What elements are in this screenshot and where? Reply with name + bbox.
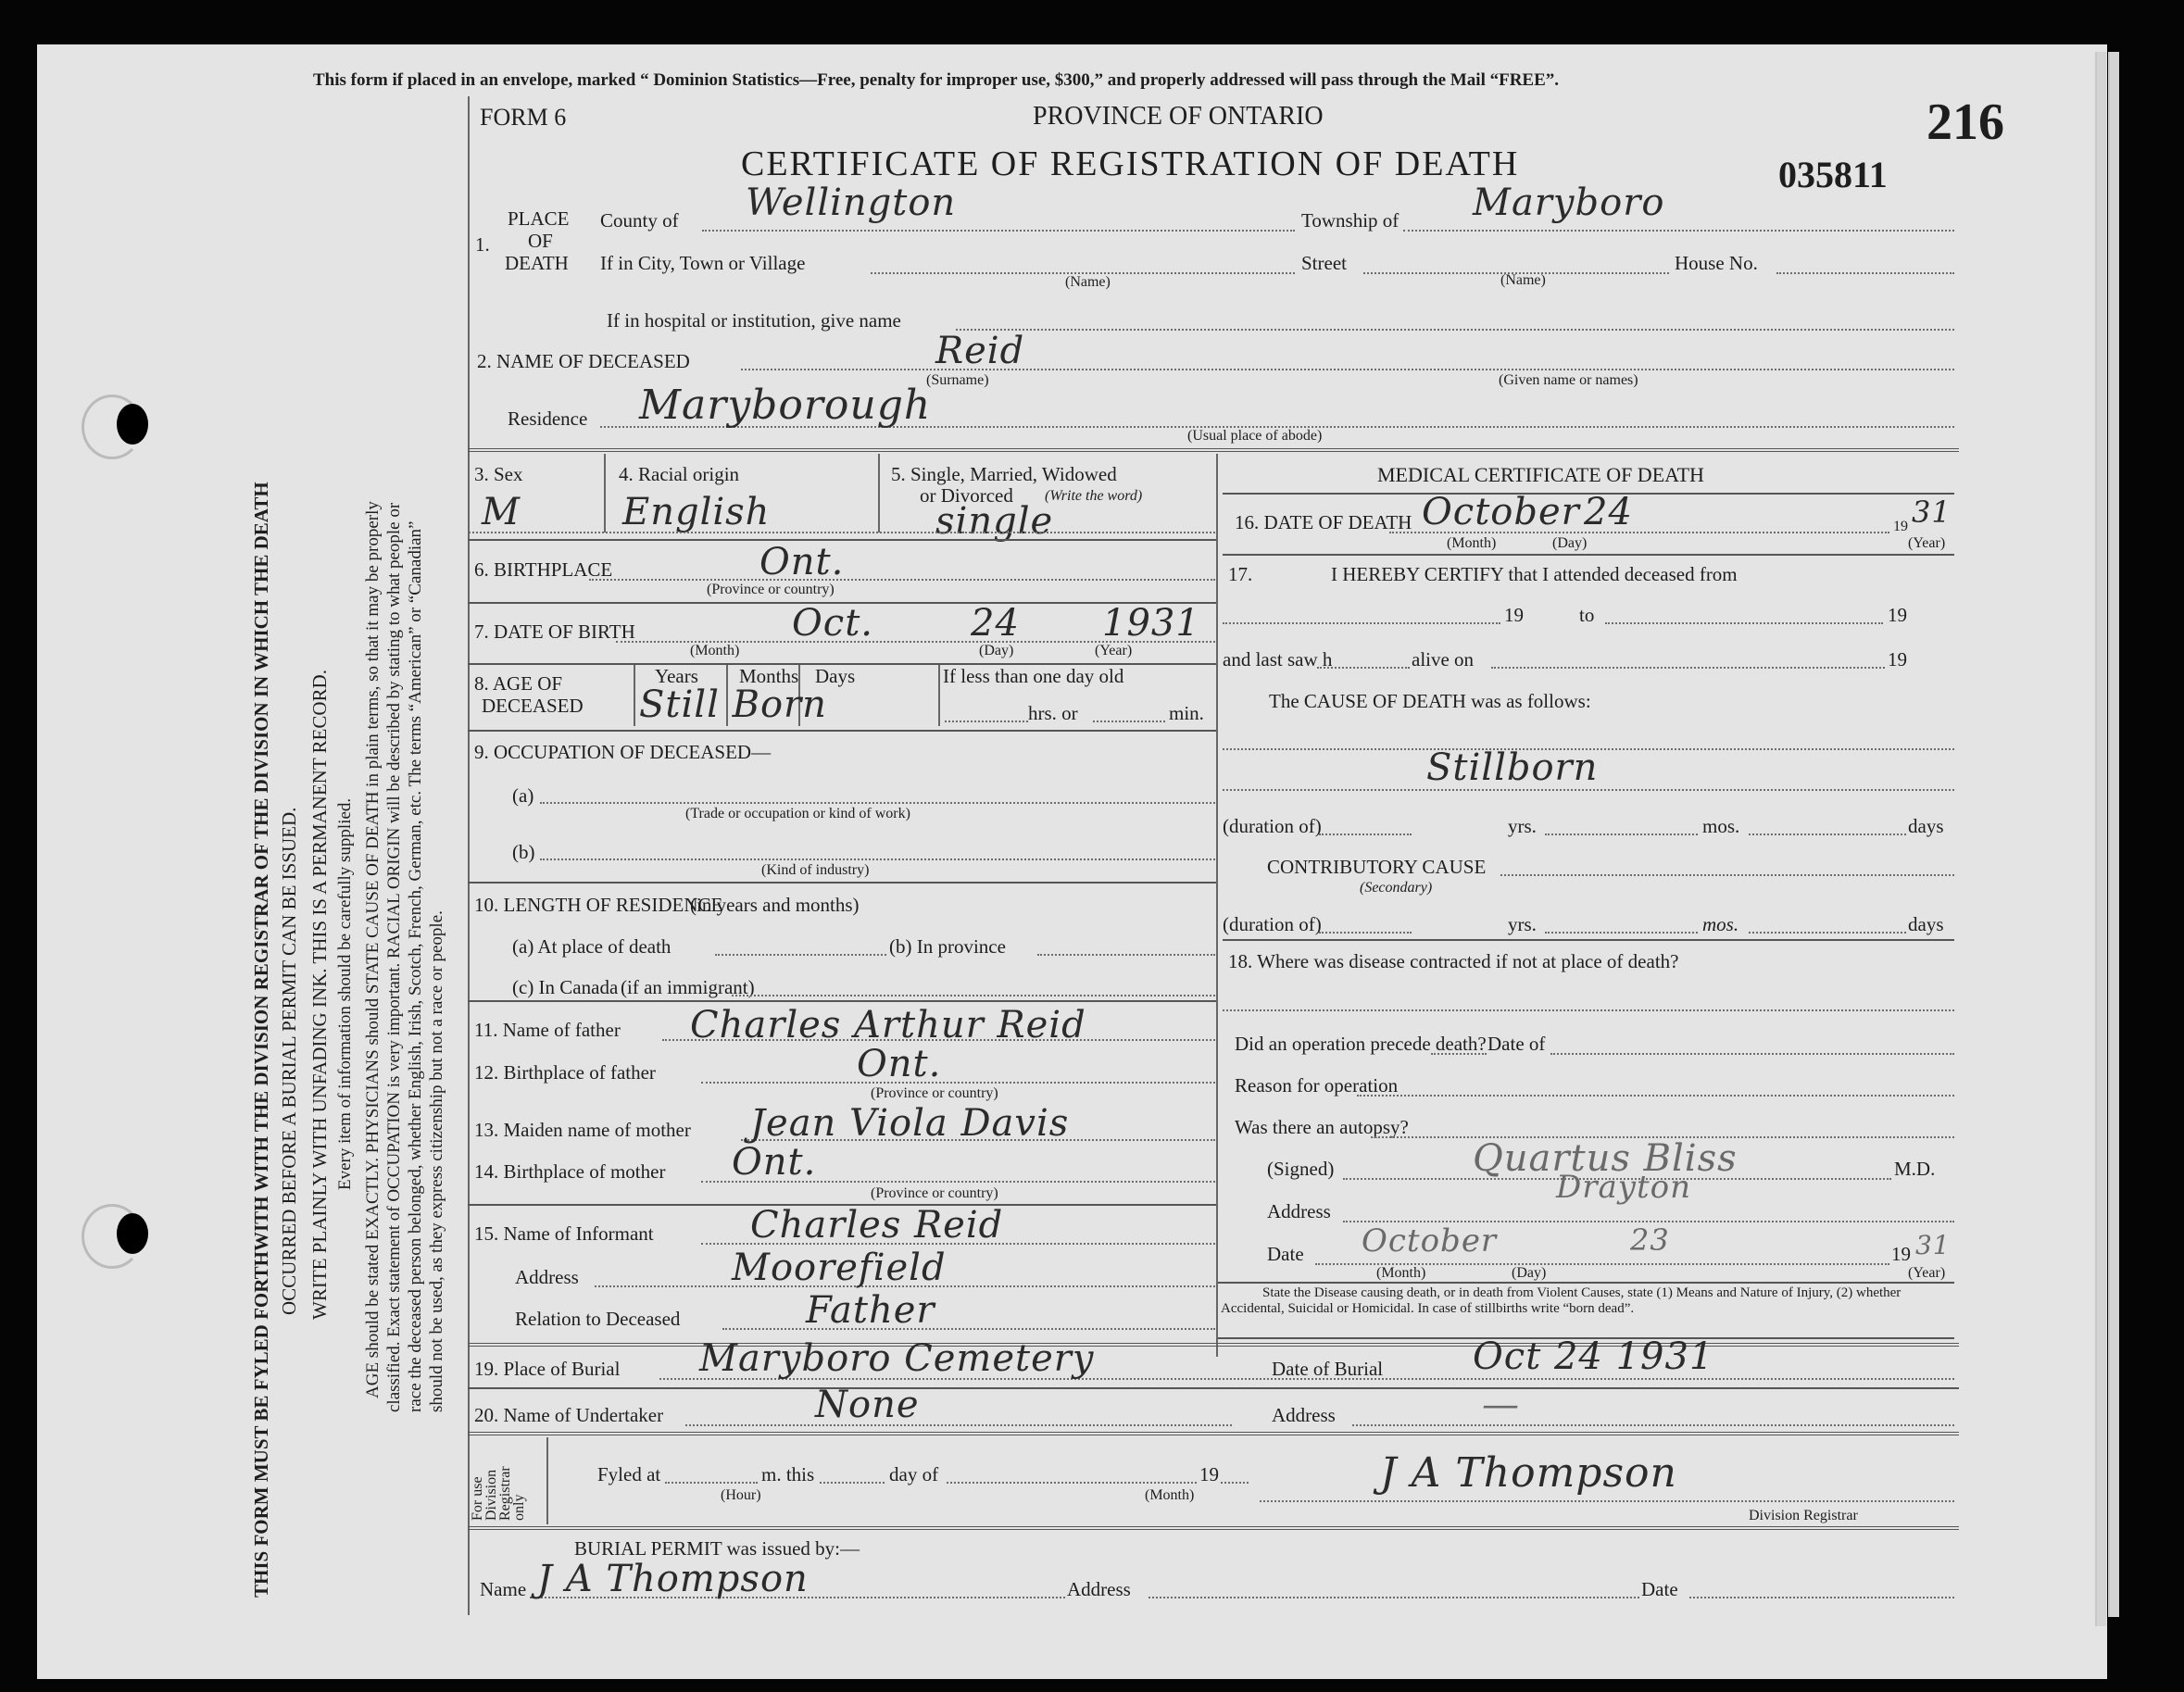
- day-hint: (Day): [979, 643, 1013, 659]
- division-registrar-label: Division Registrar: [1749, 1508, 1858, 1524]
- relation-label: Relation to Deceased: [515, 1308, 680, 1331]
- year-prefix: 19: [1891, 1243, 1911, 1266]
- min-label: min.: [1169, 702, 1204, 725]
- mos-label: mos.: [1702, 815, 1739, 838]
- month-hint: (Month): [1376, 1265, 1425, 1282]
- father-name-label: 11. Name of father: [474, 1019, 621, 1042]
- residence-value[interactable]: Maryborough: [639, 382, 931, 429]
- month-hint: (Month): [1447, 535, 1496, 552]
- md-label: M.D.: [1894, 1158, 1935, 1181]
- informant-address-label: Address: [515, 1266, 579, 1289]
- undertaker-value[interactable]: None: [815, 1384, 920, 1426]
- permit-date-label: Date: [1641, 1578, 1678, 1601]
- form-number: FORM 6: [480, 104, 566, 132]
- permit-issuer-name[interactable]: J A Thompson: [537, 1558, 809, 1600]
- province-hint: (Province or country): [871, 1185, 998, 1202]
- place-of-death-label: DEATH: [505, 252, 569, 275]
- year-prefix: 19: [1888, 648, 1907, 671]
- marital-status-hint: (Write the word): [1045, 488, 1142, 505]
- page-number: 216: [1927, 93, 2004, 152]
- dod-year-value[interactable]: 31: [1912, 495, 1952, 530]
- residence-in-province-label: (b) In province: [889, 935, 1006, 959]
- sex-value[interactable]: M: [482, 491, 521, 533]
- physician-date-month[interactable]: October: [1362, 1222, 1497, 1260]
- side-instruction-4: Every item of information should be care…: [335, 798, 356, 1190]
- place-of-death-label: OF: [528, 230, 553, 253]
- marital-status-value[interactable]: single: [935, 500, 1053, 543]
- relation-value[interactable]: Father: [806, 1289, 935, 1332]
- dod-month-value[interactable]: October: [1422, 491, 1580, 533]
- hint-name: (Name): [1500, 272, 1546, 289]
- house-no-label: House No.: [1675, 252, 1758, 275]
- year-prefix: 19: [1199, 1463, 1219, 1486]
- county-label: County of: [600, 209, 679, 232]
- yrs-label: yrs.: [1508, 815, 1537, 838]
- dod-day-value[interactable]: 24: [1584, 491, 1633, 533]
- stacked-page-edge: [2108, 52, 2119, 1617]
- province-heading: PROVINCE OF ONTARIO: [1033, 102, 1324, 132]
- township-value[interactable]: Maryboro: [1473, 182, 1664, 224]
- registrar-signature[interactable]: J A Thompson: [1380, 1449, 1677, 1497]
- name-of-deceased-label: 2. NAME OF DECEASED: [477, 350, 690, 373]
- surname-hint: (Surname): [926, 372, 989, 389]
- days-label: days: [1908, 913, 1944, 936]
- last-saw-label: and last saw h: [1223, 648, 1332, 671]
- contributory-cause-label: CONTRIBUTORY CAUSE: [1267, 856, 1486, 879]
- medical-certificate-heading: MEDICAL CERTIFICATE OF DEATH: [1377, 463, 1704, 487]
- contributory-cause-hint: (Secondary): [1360, 880, 1432, 896]
- mailing-notice: This form if placed in an envelope, mark…: [313, 70, 1559, 91]
- month-hint: (Month): [690, 643, 739, 659]
- side-instruction-1: THIS FORM MUST BE FYLED FORTHWITH WITH T…: [250, 482, 273, 1598]
- racial-origin-label: 4. Racial origin: [619, 463, 739, 486]
- racial-origin-value[interactable]: English: [622, 491, 770, 533]
- mother-birthplace-label: 14. Birthplace of mother: [474, 1160, 665, 1184]
- occupation-a-hint: (Trade or occupation or kind of work): [685, 806, 910, 822]
- month-hint: (Month): [1145, 1487, 1194, 1504]
- year-hint: (Year): [1095, 643, 1132, 659]
- disease-contracted-label: 18. Where was disease contracted if not …: [1228, 950, 1678, 973]
- informant-name-value[interactable]: Charles Reid: [750, 1204, 1003, 1247]
- hour-hint: (Hour): [721, 1487, 761, 1504]
- physician-date-year[interactable]: 31: [1915, 1230, 1951, 1260]
- punch-hole: [117, 1213, 148, 1254]
- place-of-death-label: PLACE: [508, 207, 570, 231]
- year-hint: (Year): [1908, 1265, 1945, 1282]
- date-of-birth-label: 7. DATE OF BIRTH: [474, 620, 635, 644]
- city-label: If in City, Town or Village: [600, 252, 805, 275]
- day-of-label: day of: [889, 1463, 938, 1486]
- informant-name-label: 15. Name of Informant: [474, 1222, 654, 1246]
- alive-on-label: alive on: [1412, 648, 1474, 671]
- age-value[interactable]: Still Born: [639, 683, 827, 726]
- permit-address-label: Address: [1067, 1578, 1131, 1601]
- undertaker-address-value[interactable]: —: [1482, 1384, 1520, 1426]
- physician-address-label: Address: [1267, 1200, 1331, 1223]
- dob-day-value[interactable]: 24: [971, 602, 1020, 645]
- certificate-title: CERTIFICATE OF REGISTRATION OF DEATH: [741, 144, 1519, 184]
- side-instruction-8: should not be used, as they express citi…: [427, 910, 447, 1412]
- side-instruction-2: OCCURRED BEFORE A BURIAL PERMIT CAN BE I…: [278, 808, 301, 1315]
- year-prefix: 19: [1893, 519, 1908, 535]
- occupation-a-label: (a): [512, 784, 533, 808]
- birthplace-value[interactable]: Ont.: [759, 541, 844, 583]
- side-instruction-6: classified. Exact statement of OCCUPATIO…: [384, 503, 405, 1412]
- stacked-page-edge: [2095, 52, 2106, 1626]
- mother-name-value[interactable]: Jean Viola Davis: [750, 1102, 1069, 1145]
- hrs-label: hrs. or: [1028, 702, 1078, 725]
- province-hint: (Province or country): [707, 582, 835, 598]
- physician-date-label: Date: [1267, 1243, 1304, 1266]
- sex-label: 3. Sex: [474, 463, 523, 486]
- year-prefix: 19: [1504, 604, 1524, 627]
- dob-month-value[interactable]: Oct.: [792, 602, 873, 645]
- registrar-side-label: For use Division Registrar only: [471, 1466, 526, 1521]
- age-label: 8. AGE OF: [474, 672, 562, 696]
- marital-status-label: 5. Single, Married, Widowed: [891, 463, 1117, 486]
- length-of-residence-label: 10. LENGTH OF RESIDENCE: [474, 894, 722, 917]
- to-label: to: [1579, 604, 1594, 627]
- informant-address-value[interactable]: Moorefield: [732, 1247, 947, 1289]
- certify-text: I HEREBY CERTIFY that I attended decease…: [1331, 563, 1738, 586]
- yrs-label: yrs.: [1508, 913, 1537, 936]
- item-number: 1.: [475, 233, 490, 257]
- surname-value[interactable]: Reid: [935, 330, 1024, 372]
- duration-label: (duration of): [1223, 815, 1322, 838]
- registration-number: 035811: [1778, 153, 1888, 196]
- occupation-b-field[interactable]: [540, 859, 1215, 860]
- age-label: DECEASED: [482, 695, 584, 718]
- occupation-b-label: (b): [512, 841, 535, 864]
- mother-birthplace-value[interactable]: Ont.: [732, 1141, 816, 1184]
- undertaker-address-label: Address: [1272, 1404, 1336, 1427]
- hint-name: (Name): [1065, 274, 1111, 291]
- residence-in-province-field[interactable]: [1037, 954, 1215, 956]
- residence-hint: (Usual place of abode): [1187, 428, 1322, 445]
- undertaker-label: 20. Name of Undertaker: [474, 1404, 663, 1427]
- residence-in-canada-label: (c) In Canada: [512, 976, 618, 999]
- operation-date-label: Date of: [1487, 1033, 1545, 1056]
- mother-name-label: 13. Maiden name of mother: [474, 1119, 691, 1142]
- days-label: days: [1908, 815, 1944, 838]
- province-hint: (Province or country): [871, 1085, 998, 1102]
- occupation-a-field[interactable]: [540, 802, 1215, 804]
- side-instruction-7: race the deceased person belonged, wheth…: [406, 521, 426, 1412]
- item-number: 17.: [1228, 563, 1252, 586]
- disease-contracted-field[interactable]: [1223, 1009, 1954, 1011]
- dob-year-value[interactable]: 1931: [1102, 602, 1200, 645]
- residence-at-place-field[interactable]: [715, 954, 886, 956]
- length-of-residence-hint: (in years and months): [690, 894, 860, 917]
- fyled-at-label: Fyled at: [597, 1463, 660, 1486]
- street-label: Street: [1301, 252, 1347, 275]
- residence-label: Residence: [508, 407, 587, 431]
- hospital-label: If in hospital or institution, give name: [607, 309, 901, 332]
- date-of-burial-value[interactable]: Oct 24 1931: [1473, 1335, 1713, 1378]
- m-this-label: m. this: [761, 1463, 814, 1486]
- date-of-death-label: 16. DATE OF DEATH: [1235, 511, 1412, 534]
- physician-date-day[interactable]: 23: [1630, 1222, 1670, 1258]
- date-of-burial-label: Date of Burial: [1272, 1358, 1383, 1381]
- duration-label: (duration of): [1223, 913, 1322, 936]
- side-instruction-3: WRITE PLAINLY WITH UNFADING INK. THIS IS…: [308, 670, 332, 1320]
- year-prefix: 19: [1888, 604, 1907, 627]
- mos-label: mos.: [1702, 913, 1738, 936]
- place-of-burial-label: 19. Place of Burial: [474, 1358, 620, 1381]
- father-birthplace-label: 12. Birthplace of father: [474, 1061, 656, 1084]
- year-hint: (Year): [1908, 535, 1945, 552]
- section-divider: [468, 448, 1959, 452]
- township-label: Township of: [1301, 209, 1399, 232]
- side-instruction-5: AGE should be stated EXACTLY. PHYSICIANS…: [363, 501, 383, 1398]
- residence-at-place-label: (a) At place of death: [512, 935, 671, 959]
- punch-hole: [117, 404, 148, 445]
- day-hint: (Day): [1552, 535, 1587, 552]
- medical-footnote: State the Disease causing death, or in d…: [1221, 1285, 1952, 1317]
- given-name-hint: (Given name or names): [1499, 372, 1638, 389]
- place-of-burial-value[interactable]: Maryboro Cemetery: [699, 1337, 1094, 1380]
- father-birthplace-value[interactable]: Ont.: [857, 1043, 941, 1085]
- occupation-b-hint: (Kind of industry): [761, 862, 869, 879]
- less-than-day-label: If less than one day old: [943, 665, 1123, 688]
- occupation-label: 9. OCCUPATION OF DECEASED—: [474, 741, 771, 764]
- physician-address-value[interactable]: Drayton: [1556, 1169, 1691, 1206]
- signed-label: (Signed): [1267, 1158, 1334, 1181]
- cause-of-death-label: The CAUSE OF DEATH was as follows:: [1269, 690, 1591, 713]
- father-name-value[interactable]: Charles Arthur Reid: [690, 1004, 1086, 1047]
- residence-in-canada-field[interactable]: [732, 995, 1215, 996]
- county-value[interactable]: Wellington: [746, 182, 956, 224]
- medical-column-divider: [1216, 454, 1218, 1357]
- cause-of-death-value[interactable]: Stillborn: [1426, 746, 1598, 789]
- permit-name-label: Name: [480, 1578, 526, 1601]
- day-hint: (Day): [1512, 1265, 1546, 1282]
